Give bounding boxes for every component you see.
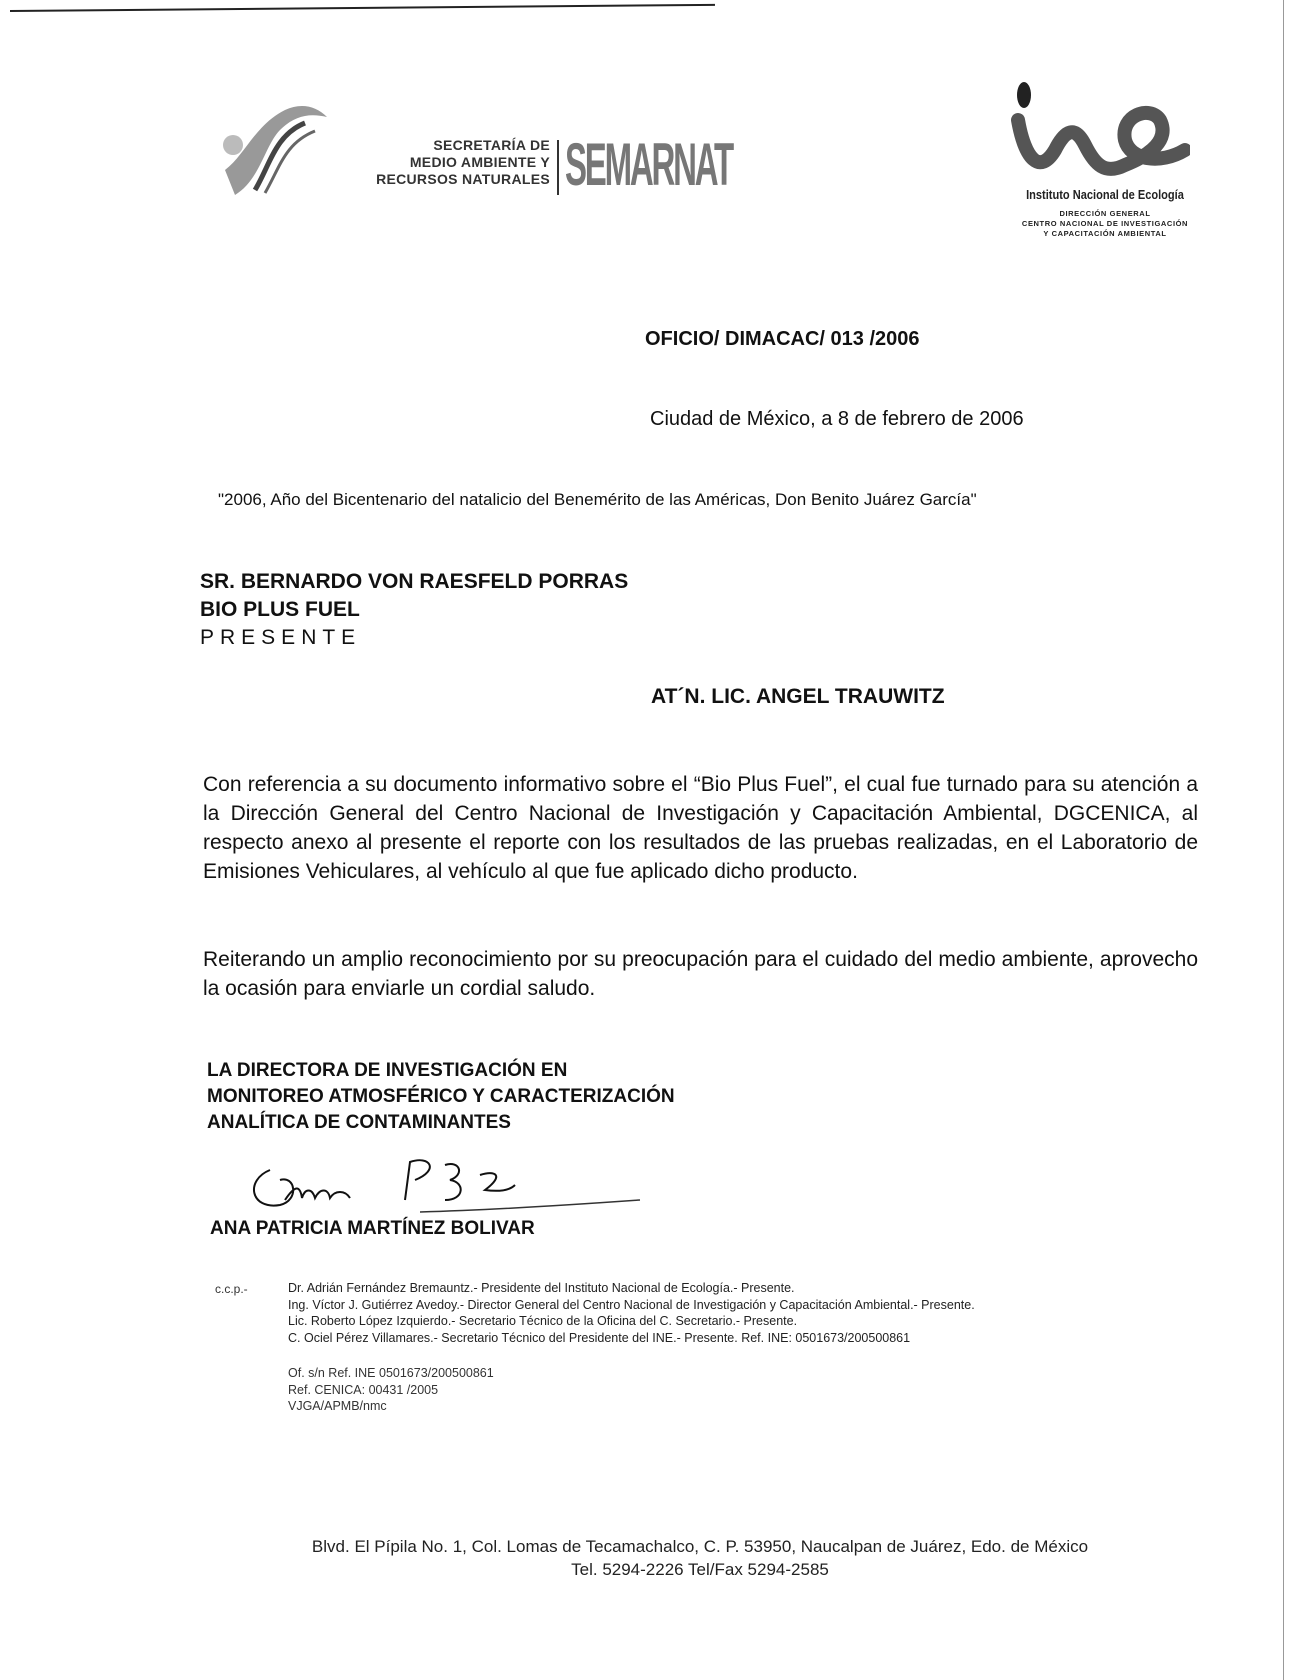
place-date: Ciudad de México, a 8 de febrero de 2006 [650, 408, 1024, 431]
ccp-line: C. Ociel Pérez Villamares.- Secretario T… [288, 1330, 975, 1347]
attention-line: AT´N. LIC. ANGEL TRAUWITZ [651, 685, 945, 709]
addressee-name: SR. BERNARDO VON RAESFELD PORRAS [200, 568, 628, 596]
logo-divider [557, 140, 559, 195]
address-line: Blvd. El Pípila No. 1, Col. Lomas de Tec… [200, 1535, 1200, 1558]
body-paragraph: Con referencia a su documento informativ… [203, 770, 1198, 886]
ccp-label: c.c.p.- [215, 1282, 248, 1296]
presente: PRESENTE [200, 624, 628, 652]
phone-line: Tel. 5294-2226 Tel/Fax 5294-2585 [200, 1558, 1200, 1581]
semarnat-name: SECRETARÍA DE MEDIO AMBIENTE Y RECURSOS … [280, 137, 550, 188]
ine-sub-line: DIRECCIÓN GENERAL [990, 209, 1220, 218]
ccp-line: Ing. Víctor J. Gutiérrez Avedoy.- Direct… [288, 1297, 975, 1314]
ccp-line: Dr. Adrián Fernández Bremauntz.- Preside… [288, 1280, 975, 1297]
signatory-name: ANA PATRICIA MARTÍNEZ BOLIVAR [210, 1218, 535, 1240]
scan-right-edge [1283, 0, 1284, 1680]
body-paragraph: Reiterando un amplio reconocimiento por … [203, 945, 1198, 1003]
semarnat-wordmark: SEMARNAT [565, 135, 732, 195]
ccp-line: Lic. Roberto López Izquierdo.- Secretari… [288, 1313, 975, 1330]
reference-list: Of. s/n Ref. INE 0501673/200500861 Ref. … [288, 1365, 494, 1415]
addressee-company: BIO PLUS FUEL [200, 596, 628, 624]
ine-sub-line: CENTRO NACIONAL DE INVESTIGACIÓN [990, 219, 1220, 228]
reference-line: Of. s/n Ref. INE 0501673/200500861 [288, 1365, 494, 1382]
ine-institute-name: Instituto Nacional de Ecología [1016, 187, 1195, 202]
ine-sub-line: Y CAPACITACIÓN AMBIENTAL [990, 229, 1220, 238]
semarnat-logo: SECRETARÍA DE MEDIO AMBIENTE Y RECURSOS … [215, 95, 655, 210]
ine-logo: Instituto Nacional de Ecología DIRECCIÓN… [1000, 75, 1210, 250]
reference-line: Ref. CENICA: 00431 /2005 [288, 1382, 494, 1399]
addressee-block: SR. BERNARDO VON RAESFELD PORRAS BIO PLU… [200, 568, 628, 652]
handwritten-signature-icon [240, 1150, 660, 1220]
ine-mark-icon [1010, 80, 1190, 185]
signatory-title: LA DIRECTORA DE INVESTIGACIÓN EN MONITOR… [207, 1058, 675, 1136]
ccp-list: Dr. Adrián Fernández Bremauntz.- Preside… [288, 1280, 975, 1346]
year-motto: "2006, Año del Bicentenario del natalici… [218, 490, 977, 510]
scan-edge-line [10, 4, 715, 12]
reference-line: VJGA/APMB/nmc [288, 1398, 494, 1415]
oficio-number: OFICIO/ DIMACAC/ 013 /2006 [645, 328, 920, 351]
footer-address: Blvd. El Pípila No. 1, Col. Lomas de Tec… [200, 1535, 1200, 1581]
